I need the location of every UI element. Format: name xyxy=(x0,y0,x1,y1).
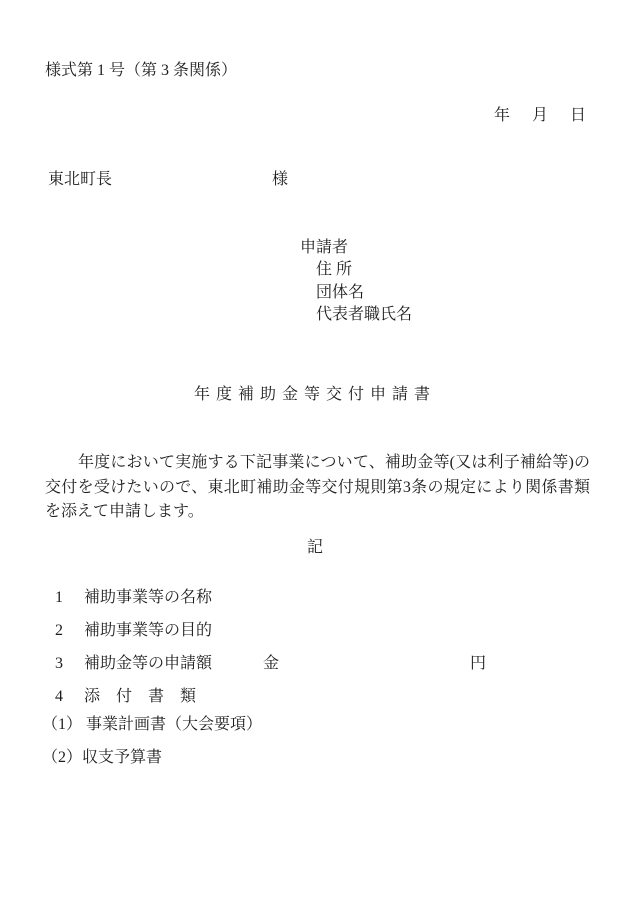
item-project-name: 1 補助事業等の名称 xyxy=(55,588,615,608)
item-label: 補助金等の申請額 xyxy=(84,655,212,672)
date-line: 年 月 日 xyxy=(494,106,586,126)
applicant-label: 申請者 xyxy=(300,237,412,259)
record-marker: 記 xyxy=(0,538,630,558)
addressee-honorific: 様 xyxy=(272,170,288,190)
item-label: 添 付 書 類 xyxy=(84,688,196,705)
attachment-label: 事業計画書（大会要項） xyxy=(82,716,262,733)
item-label: 補助事業等の名称 xyxy=(84,589,212,606)
application-form-page: 様式第 1 号（第 3 条関係） 年 月 日 東北町長 様 申請者 住 所 団体… xyxy=(0,0,630,903)
item-project-purpose: 2 補助事業等の目的 xyxy=(55,621,615,641)
body-paragraph: 年度において実施する下記事業について、補助金等(又は利子補給等)の交付を受けたい… xyxy=(45,451,590,525)
attachment-number: （2） xyxy=(42,749,82,766)
attachment-number: （1） xyxy=(42,716,82,733)
item-label: 補助事業等の目的 xyxy=(84,622,212,639)
item-application-amount: 3 補助金等の申請額 金 円 xyxy=(55,654,615,674)
item-number: 2 xyxy=(55,621,80,641)
date-month-label: 月 xyxy=(532,106,548,126)
applicant-organization-label: 団体名 xyxy=(300,282,412,304)
date-day-label: 日 xyxy=(570,106,586,126)
attachment-label: 収支予算書 xyxy=(82,749,162,766)
document-title: 年度補助金等交付申請書 xyxy=(0,385,630,405)
item-attached-documents: 4 添 付 書 類 xyxy=(55,687,615,707)
form-number: 様式第 1 号（第 3 条関係） xyxy=(45,61,237,81)
item-number: 4 xyxy=(55,687,80,707)
addressee-line: 東北町長 様 xyxy=(48,170,588,190)
item-number: 1 xyxy=(55,588,80,608)
attachment-budget: （2）収支予算書 xyxy=(42,748,602,768)
applicant-representative-label: 代表者職氏名 xyxy=(300,304,412,326)
addressee-name: 東北町長 xyxy=(48,171,112,188)
amount-prefix-label: 金 xyxy=(263,654,279,674)
item-number: 3 xyxy=(55,654,80,674)
date-year-label: 年 xyxy=(494,106,510,126)
attachment-business-plan: （1） 事業計画書（大会要項） xyxy=(42,715,602,735)
applicant-block: 申請者 住 所 団体名 代表者職氏名 xyxy=(300,237,412,327)
applicant-address-label: 住 所 xyxy=(300,259,412,281)
amount-suffix-label: 円 xyxy=(470,654,486,674)
